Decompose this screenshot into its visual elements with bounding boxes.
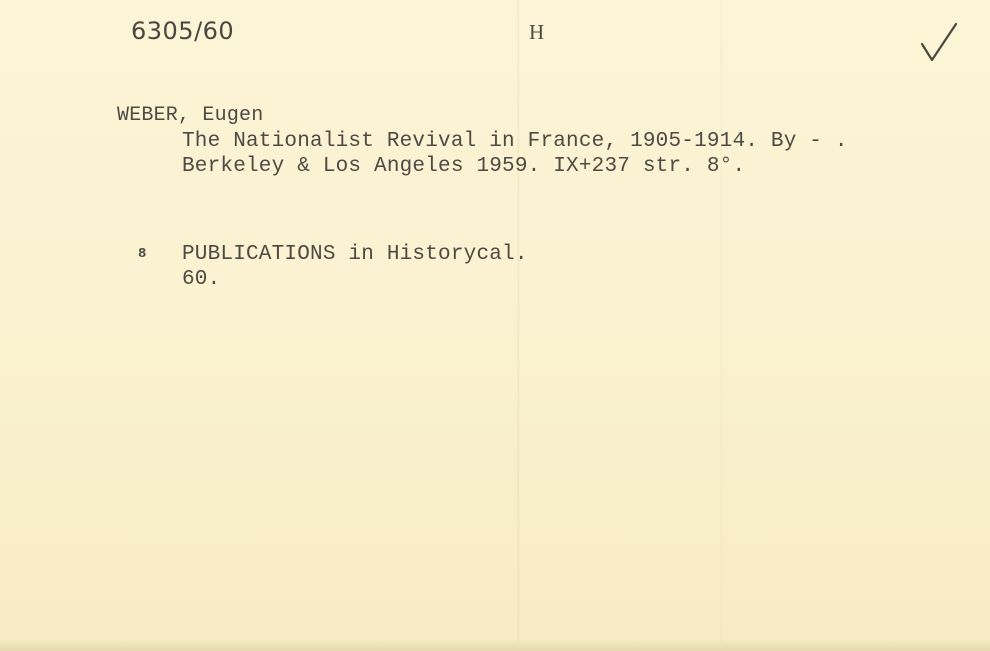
checkmark-icon (918, 22, 960, 64)
call-number: 6305/60 (131, 17, 234, 45)
series-number: 60. (182, 268, 220, 291)
author-heading: WEBER, Eugen (117, 104, 263, 127)
card-bottom-edge (0, 639, 990, 651)
title-statement: The Nationalist Revival in France, 1905-… (182, 130, 848, 153)
imprint-statement: Berkeley & Los Angeles 1959. IX+237 str.… (182, 155, 745, 178)
series-statement: PUBLICATIONS in Historycal. (182, 243, 528, 266)
series-bullet: 8 (138, 246, 147, 262)
location-mark: H (529, 20, 544, 45)
catalog-card: 6305/60 H WEBER, Eugen The Nationalist R… (0, 0, 990, 651)
